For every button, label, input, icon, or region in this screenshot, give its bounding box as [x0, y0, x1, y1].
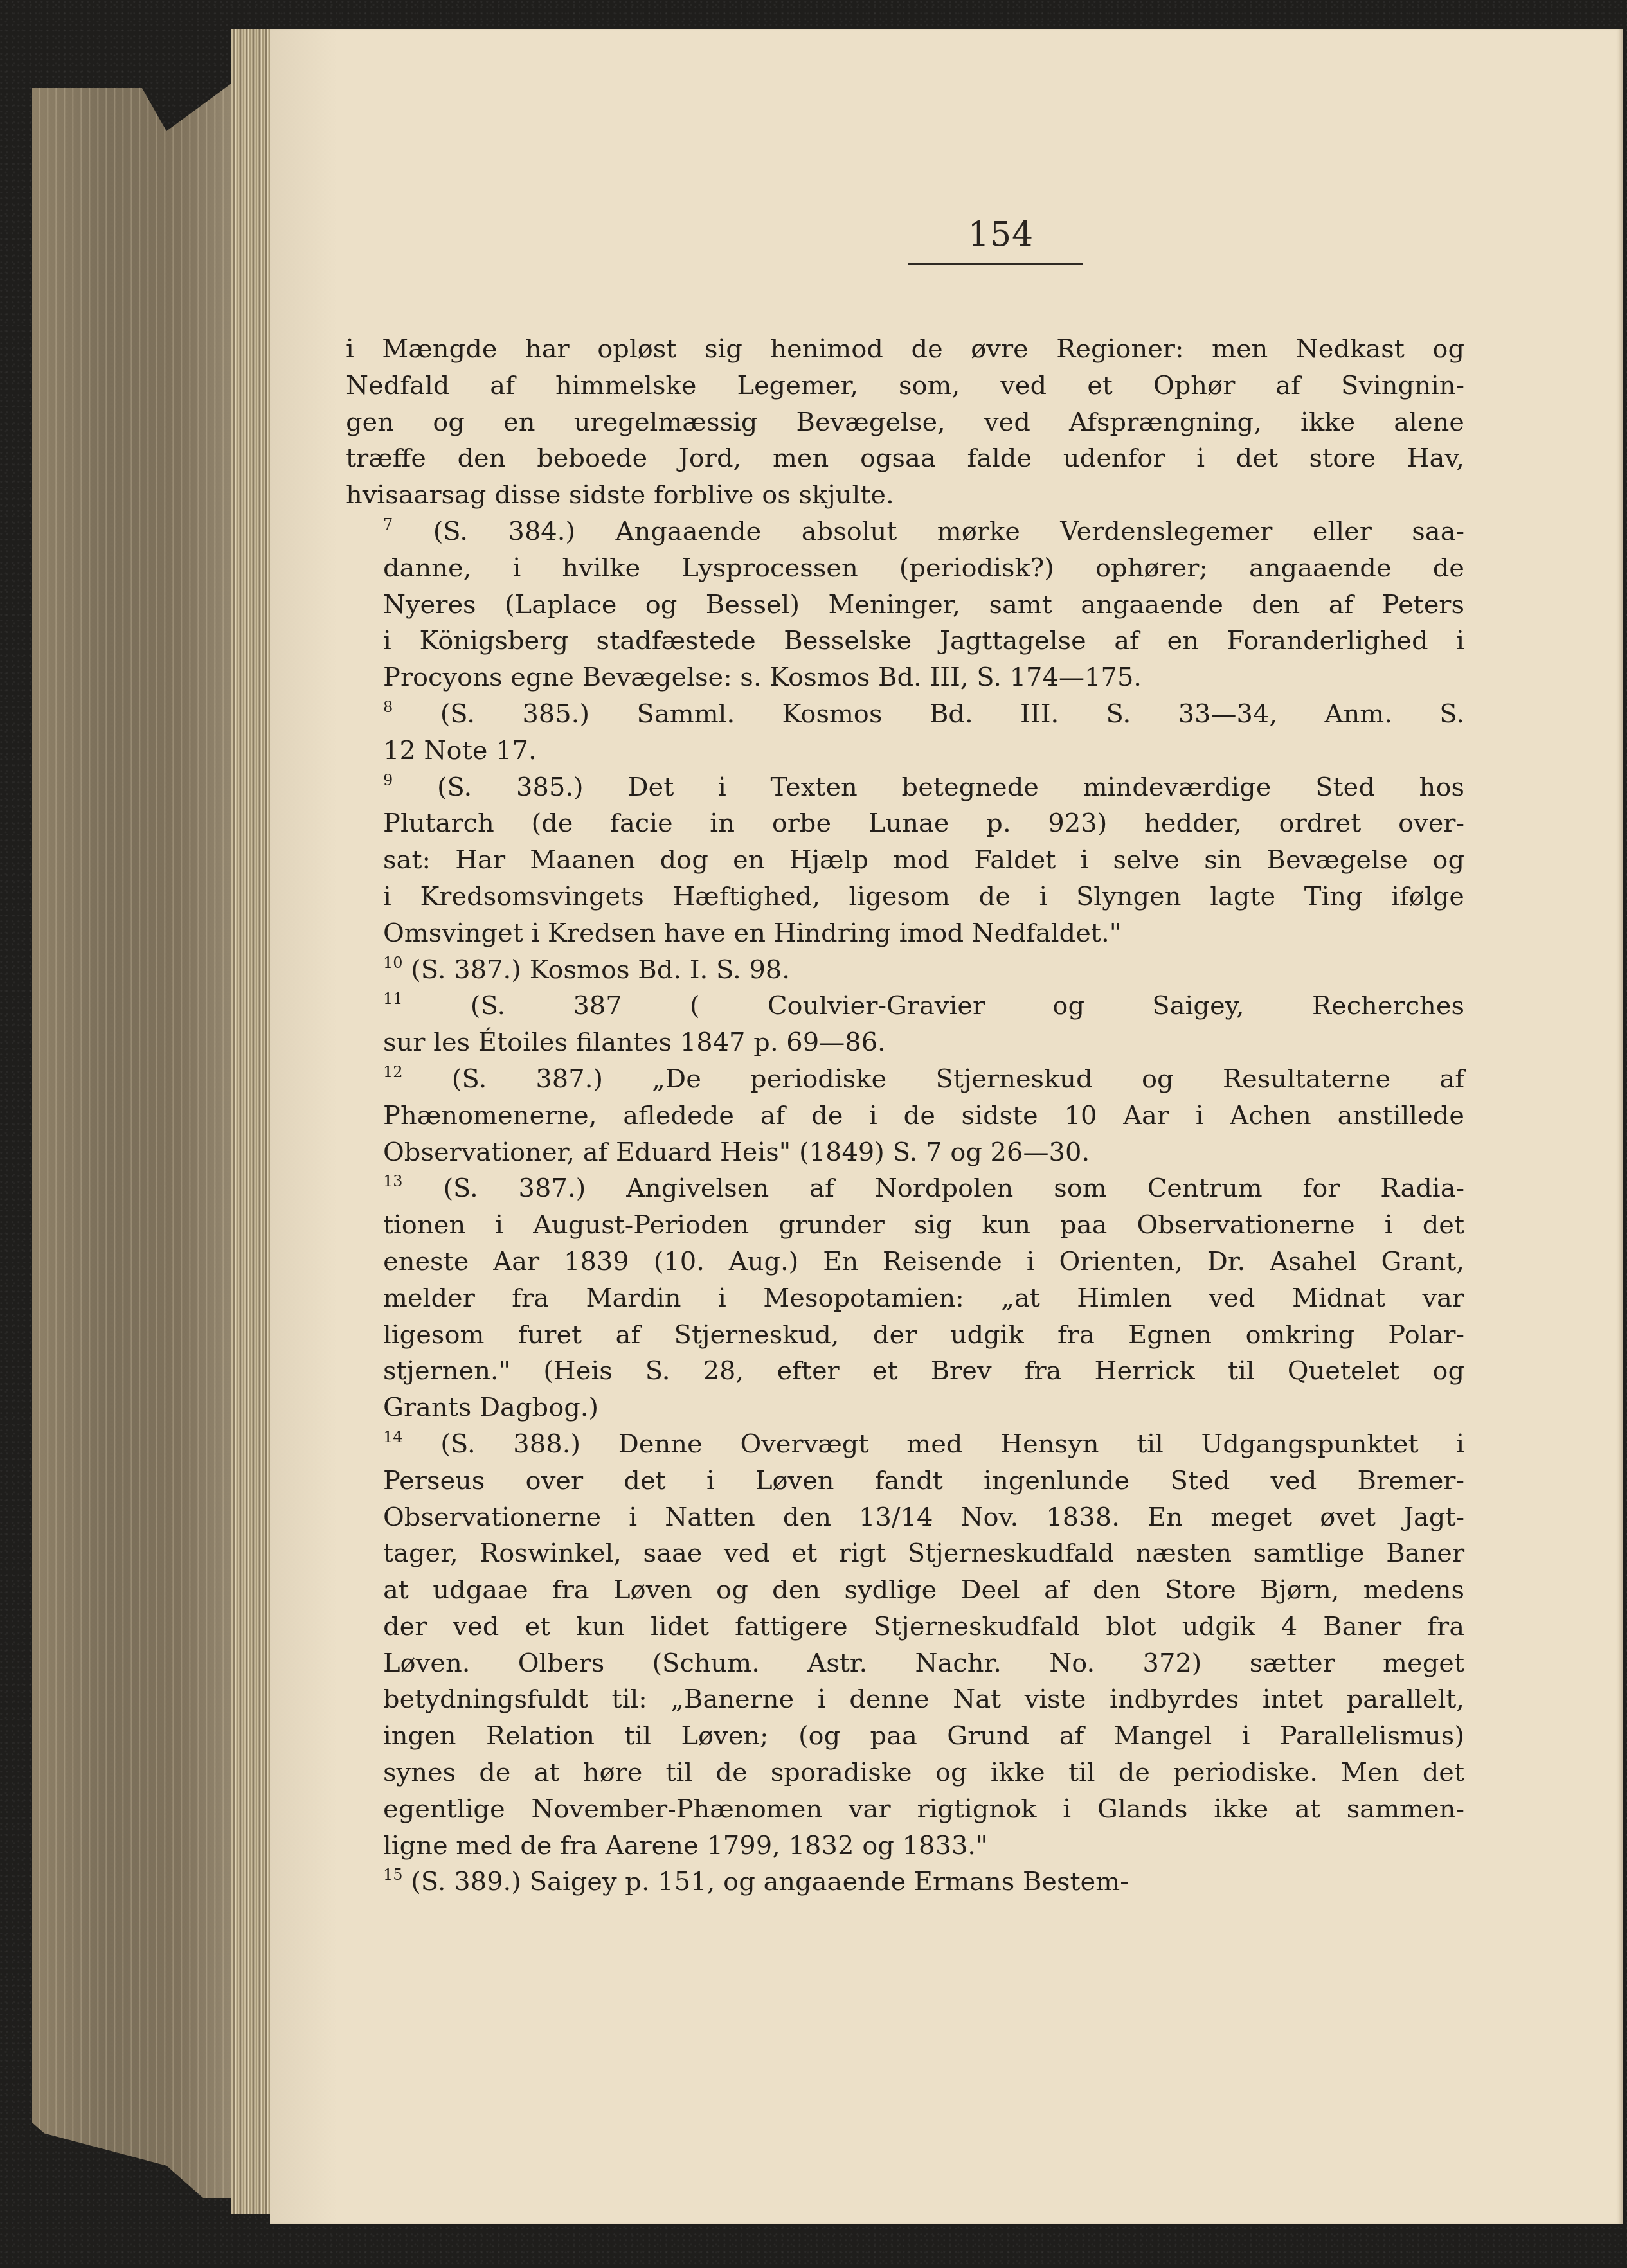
text-line: tionen i August-Perioden grunder sig kun… — [346, 1207, 1464, 1244]
page-text: i Mængde har opløst sig henimod de øvre … — [346, 331, 1464, 1900]
footnote-9: 9 (S. 385.) Det i Texten betegnede minde… — [346, 769, 1464, 952]
footnote-marker: 8 — [383, 698, 393, 716]
footnote-marker: 10 — [383, 954, 403, 972]
text-line: danne, i hvilke Lysprocessen (periodisk?… — [346, 550, 1464, 587]
footnote-marker: 13 — [383, 1172, 403, 1190]
text-line: ligesom furet af Stjerneskud, der udgik … — [346, 1317, 1464, 1353]
line-text: 12 Note 17. — [383, 736, 537, 765]
line-text: (S. 387.) „De periodiske Stjerneskud og … — [403, 1064, 1464, 1094]
text-line: Plutarch (de facie in orbe Lunae p. 923)… — [346, 805, 1464, 842]
line-text: danne, i hvilke Lysprocessen (periodisk?… — [383, 553, 1464, 583]
line-text: træffe den beboede Jord, men ogsaa falde… — [346, 443, 1464, 473]
text-line: Løven. Olbers (Schum. Astr. Nachr. No. 3… — [346, 1645, 1464, 1682]
line-text: i Königsberg stadfæstede Besselske Jagtt… — [383, 626, 1464, 656]
line-text: Procyons egne Bevægelse: s. Kosmos Bd. I… — [383, 663, 1142, 692]
line-text: Observationer, af Eduard Heis" (1849) S.… — [383, 1138, 1090, 1167]
footnote-14: 14 (S. 388.) Denne Overvægt med Hensyn t… — [346, 1426, 1464, 1864]
line-text: sur les Étoiles filantes 1847 p. 69—86. — [383, 1028, 886, 1057]
line-text: (S. 385.) Samml. Kosmos Bd. III. S. 33—3… — [393, 699, 1464, 729]
text-line: ligne med de fra Aarene 1799, 1832 og 18… — [346, 1828, 1464, 1864]
text-line: i Königsberg stadfæstede Besselske Jagtt… — [346, 623, 1464, 659]
line-text: (S. 385.) Det i Texten betegnede mindevæ… — [393, 772, 1464, 802]
line-text: hvisaarsag disse sidste forblive os skju… — [346, 480, 894, 510]
footnote-8: 8 (S. 385.) Samml. Kosmos Bd. III. S. 33… — [346, 696, 1464, 769]
text-line: egentlige November-Phænomen var rigtigno… — [346, 1791, 1464, 1828]
text-line: 8 (S. 385.) Samml. Kosmos Bd. III. S. 33… — [346, 696, 1464, 733]
line-text: tager, Roswinkel, saae ved et rigt Stjer… — [383, 1539, 1464, 1568]
text-line: 7 (S. 384.) Angaaende absolut mørke Verd… — [346, 513, 1464, 550]
line-text: i Mængde har opløst sig henimod de øvre … — [346, 334, 1464, 364]
continuation-paragraph: i Mængde har opløst sig henimod de øvre … — [346, 331, 1464, 513]
line-text: at udgaae fra Løven og den sydlige Deel … — [383, 1575, 1464, 1605]
text-line: der ved et kun lidet fattigere Stjernesk… — [346, 1609, 1464, 1645]
text-line: ingen Relation til Løven; (og paa Grund … — [346, 1718, 1464, 1755]
footnote-marker: 7 — [383, 515, 393, 533]
line-text: egentlige November-Phænomen var rigtigno… — [383, 1794, 1464, 1824]
line-text: synes de at høre til de sporadiske og ik… — [383, 1758, 1464, 1787]
text-line: tager, Roswinkel, saae ved et rigt Stjer… — [346, 1535, 1464, 1572]
line-text: (S. 389.) Saigey p. 151, og angaaende Er… — [403, 1867, 1129, 1897]
text-line: Procyons egne Bevægelse: s. Kosmos Bd. I… — [346, 659, 1464, 696]
footnote-marker: 15 — [383, 1866, 403, 1884]
book-page: 154 i Mængde har opløst sig henimod de ø… — [270, 29, 1623, 2224]
footnote-12: 12 (S. 387.) „De periodiske Stjerneskud … — [346, 1061, 1464, 1170]
text-line: 12 Note 17. — [346, 733, 1464, 769]
footnote-marker: 14 — [383, 1428, 403, 1446]
text-line: Observationer, af Eduard Heis" (1849) S.… — [346, 1134, 1464, 1171]
line-text: (S. 384.) Angaaende absolut mørke Verden… — [393, 517, 1464, 546]
text-line: 10 (S. 387.) Kosmos Bd. I. S. 98. — [346, 952, 1464, 988]
text-line: 14 (S. 388.) Denne Overvægt med Hensyn t… — [346, 1426, 1464, 1463]
text-line: Observationerne i Natten den 13/14 Nov. … — [346, 1499, 1464, 1536]
line-text: Nedfald af himmelske Legemer, som, ved e… — [346, 371, 1464, 400]
line-text: (S. 387.) Kosmos Bd. I. S. 98. — [403, 955, 790, 985]
text-line: Nyeres (Laplace og Bessel) Meninger, sam… — [346, 587, 1464, 623]
text-line: Omsvinget i Kredsen have en Hindring imo… — [346, 915, 1464, 952]
text-line: 15 (S. 389.) Saigey p. 151, og angaaende… — [346, 1864, 1464, 1900]
line-text: der ved et kun lidet fattigere Stjernesk… — [383, 1612, 1464, 1641]
text-line: at udgaae fra Løven og den sydlige Deel … — [346, 1572, 1464, 1609]
footnote-marker: 12 — [383, 1063, 403, 1081]
line-text: (S. 387.) Angivelsen af Nordpolen som Ce… — [403, 1174, 1464, 1203]
line-text: ingen Relation til Løven; (og paa Grund … — [383, 1721, 1464, 1751]
text-line: hvisaarsag disse sidste forblive os skju… — [346, 477, 1464, 513]
page-stack-fore-edge — [231, 29, 270, 2214]
text-line: 9 (S. 385.) Det i Texten betegnede minde… — [346, 769, 1464, 806]
footnote-10: 10 (S. 387.) Kosmos Bd. I. S. 98. — [346, 952, 1464, 988]
footnote-marker: 9 — [383, 771, 393, 789]
footnote-7: 7 (S. 384.) Angaaende absolut mørke Verd… — [346, 513, 1464, 696]
text-line: gen og en uregelmæssig Bevægelse, ved Af… — [346, 404, 1464, 441]
line-text: stjernen." (Heis S. 28, efter et Brev fr… — [383, 1356, 1464, 1386]
line-text: betydningsfuldt til: „Banerne i denne Na… — [383, 1684, 1464, 1714]
line-text: (S. 388.) Denne Overvægt med Hensyn til … — [403, 1429, 1464, 1459]
footnote-13: 13 (S. 387.) Angivelsen af Nordpolen som… — [346, 1170, 1464, 1426]
text-line: sur les Étoiles filantes 1847 p. 69—86. — [346, 1024, 1464, 1061]
line-text: Phænomenerne, afledede af de i de sidste… — [383, 1101, 1464, 1130]
line-text: Nyeres (Laplace og Bessel) Meninger, sam… — [383, 590, 1464, 620]
line-text: melder fra Mardin i Mesopotamien: „at Hi… — [383, 1283, 1464, 1313]
text-line: 11 (S. 387 ( Coulvier-Gravier og Saigey,… — [346, 988, 1464, 1024]
line-text: Observationerne i Natten den 13/14 Nov. … — [383, 1503, 1464, 1532]
page-number: 154 — [937, 215, 1065, 254]
line-text: Plutarch (de facie in orbe Lunae p. 923)… — [383, 808, 1464, 838]
text-line: Nedfald af himmelske Legemer, som, ved e… — [346, 368, 1464, 404]
text-line: Phænomenerne, afledede af de i de sidste… — [346, 1098, 1464, 1134]
footnote-15: 15 (S. 389.) Saigey p. 151, og angaaende… — [346, 1864, 1464, 1900]
line-text: tionen i August-Perioden grunder sig kun… — [383, 1210, 1464, 1240]
text-line: melder fra Mardin i Mesopotamien: „at Hi… — [346, 1280, 1464, 1317]
line-text: Grants Dagbog.) — [383, 1393, 598, 1422]
line-text: Løven. Olbers (Schum. Astr. Nachr. No. 3… — [383, 1648, 1464, 1678]
text-line: eneste Aar 1839 (10. Aug.) En Reisende i… — [346, 1244, 1464, 1280]
text-line: Perseus over det i Løven fandt ingenlund… — [346, 1463, 1464, 1499]
footnote-11: 11 (S. 387 ( Coulvier-Gravier og Saigey,… — [346, 988, 1464, 1061]
line-text: gen og en uregelmæssig Bevægelse, ved Af… — [346, 407, 1464, 437]
header-rule — [908, 263, 1083, 265]
footnote-marker: 11 — [383, 990, 403, 1008]
text-line: 13 (S. 387.) Angivelsen af Nordpolen som… — [346, 1170, 1464, 1207]
text-line: synes de at høre til de sporadiske og ik… — [346, 1755, 1464, 1791]
line-text: eneste Aar 1839 (10. Aug.) En Reisende i… — [383, 1247, 1464, 1276]
text-line: i Kredsomsvingets Hæftighed, ligesom de … — [346, 879, 1464, 915]
line-text: (S. 387 ( Coulvier-Gravier og Saigey, Re… — [403, 991, 1464, 1021]
line-text: ligesom furet af Stjerneskud, der udgik … — [383, 1320, 1464, 1350]
line-text: Perseus over det i Løven fandt ingenlund… — [383, 1466, 1464, 1496]
text-line: Grants Dagbog.) — [346, 1389, 1464, 1426]
text-line: 12 (S. 387.) „De periodiske Stjerneskud … — [346, 1061, 1464, 1098]
line-text: ligne med de fra Aarene 1799, 1832 og 18… — [383, 1831, 987, 1861]
text-line: stjernen." (Heis S. 28, efter et Brev fr… — [346, 1353, 1464, 1389]
text-line: betydningsfuldt til: „Banerne i denne Na… — [346, 1681, 1464, 1718]
line-text: sat: Har Maanen dog en Hjælp mod Faldet … — [383, 845, 1464, 875]
text-line: i Mængde har opløst sig henimod de øvre … — [346, 331, 1464, 368]
text-line: træffe den beboede Jord, men ogsaa falde… — [346, 440, 1464, 477]
line-text: i Kredsomsvingets Hæftighed, ligesom de … — [383, 882, 1464, 911]
text-line: sat: Har Maanen dog en Hjælp mod Faldet … — [346, 842, 1464, 879]
line-text: Omsvinget i Kredsen have en Hindring imo… — [383, 918, 1121, 948]
